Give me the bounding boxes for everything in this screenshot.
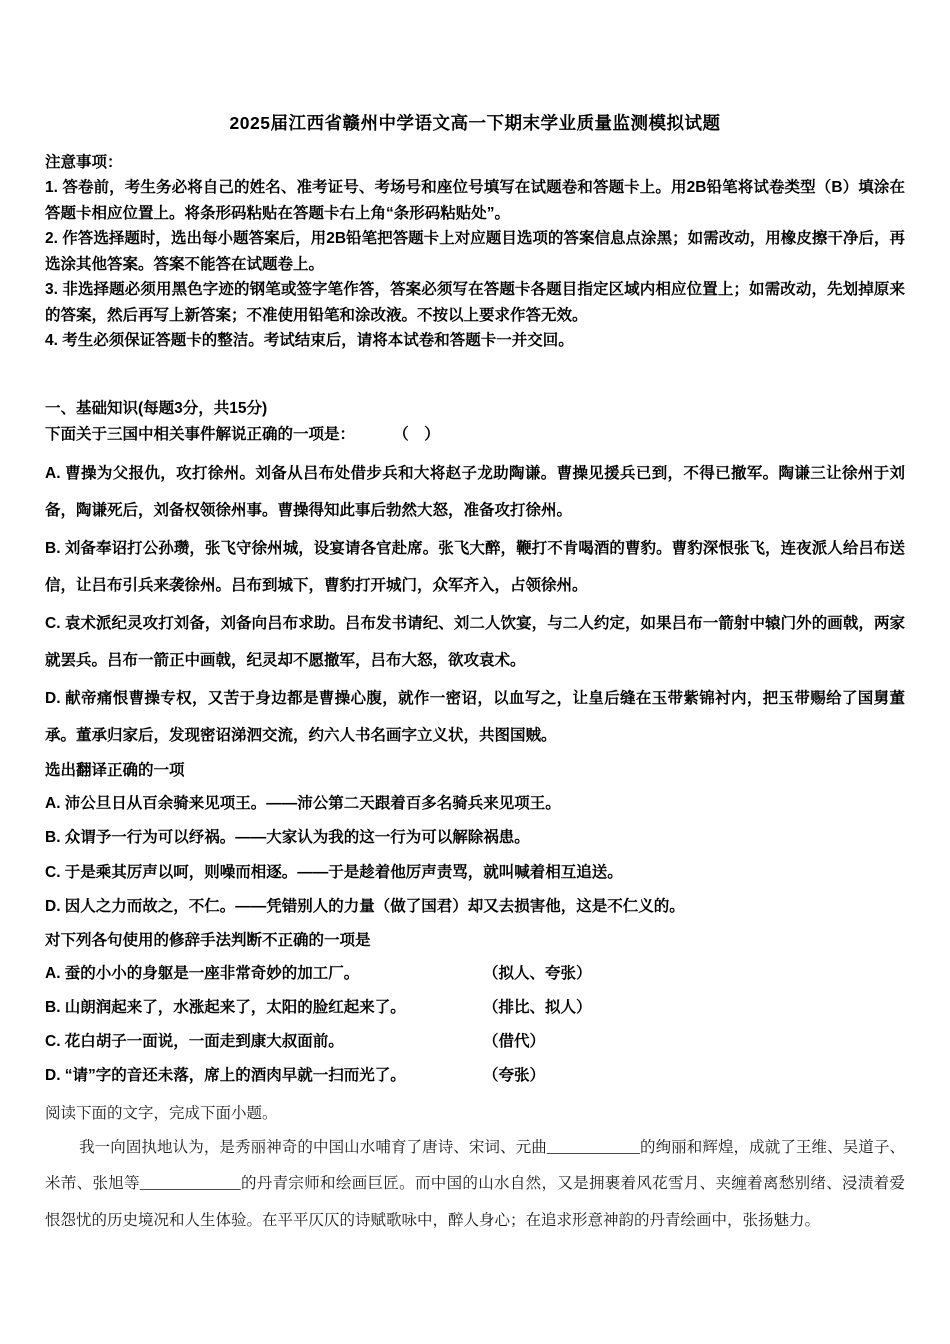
notice-item-1: 1. 答卷前，考生务必将自己的姓名、准考证号、考场号和座位号填写在试题卷和答题卡… [45, 175, 905, 226]
question2-options: A. 沛公旦日从百余骑来见项王。——沛公第二天跟着百多名骑兵来见项王。 B. 众… [45, 787, 905, 925]
question3-option-b-text: B. 山朗润起来了，水涨起来了，太阳的脸红起来了。 [45, 999, 406, 1016]
notice-item-4: 4. 考生必须保证答题卡的整洁。考试结束后，请将本试卷和答题卡一并交回。 [45, 328, 905, 354]
question3-option-b: B. 山朗润起来了，水涨起来了，太阳的脸红起来了。 （排比、拟人） [45, 991, 905, 1025]
reading-instruction: 阅读下面的文字，完成下面小题。 [45, 1097, 905, 1130]
question3-option-d-annotation: （夸张） [483, 1059, 545, 1093]
page-title: 2025届江西省赣州中学语文高一下期末学业质量监测模拟试题 [45, 110, 905, 135]
notice-list: 1. 答卷前，考生务必将自己的姓名、准考证号、考场号和座位号填写在试题卷和答题卡… [45, 175, 905, 354]
question3-option-c-annotation: （借代） [483, 1025, 545, 1059]
question2-heading: 选出翻译正确的一项 [45, 755, 905, 787]
question2-option-c: C. 于是乘其厉声以呵，则噪而相逐。——于是趁着他厉声责骂，就叫喊着相互追送。 [45, 856, 905, 891]
exam-paper-page: 2025届江西省赣州中学语文高一下期末学业质量监测模拟试题 注意事项： 1. 答… [0, 110, 950, 1239]
question1-option-b: B. 刘备奉诏打公孙瓒，张飞守徐州城，设宴请各官赴席。张飞大醉，鞭打不肯喝酒的曹… [45, 530, 905, 605]
section-heading: 一、基础知识(每题3分，共15分) [45, 396, 905, 421]
question1-option-a: A. 曹操为父报仇，攻打徐州。刘备从吕布处借步兵和大将赵子龙助陶谦。曹操见援兵已… [45, 455, 905, 530]
question3-option-d: D. “请”字的音还未落，席上的酒肉早就一扫而光了。 （夸张） [45, 1059, 905, 1093]
question3-option-b-annotation: （排比、拟人） [483, 991, 592, 1025]
question3-option-a-text: A. 蚕的小小的身躯是一座非常奇妙的加工厂。 [45, 965, 359, 982]
answer-bracket: （ ） [401, 426, 440, 443]
notice-heading: 注意事项： [45, 150, 905, 175]
question3-option-a: A. 蚕的小小的身躯是一座非常奇妙的加工厂。 （拟人、夸张） [45, 957, 905, 991]
question1-options: A. 曹操为父报仇，攻打徐州。刘备从吕布处借步兵和大将赵子龙助陶谦。曹操见援兵已… [45, 455, 905, 755]
question3-options: A. 蚕的小小的身躯是一座非常奇妙的加工厂。 （拟人、夸张） B. 山朗润起来了… [45, 957, 905, 1093]
question2-option-a: A. 沛公旦日从百余骑来见项王。——沛公第二天跟着百多名骑兵来见项王。 [45, 787, 905, 822]
question3-heading: 对下列各句使用的修辞手法判断不正确的一项是 [45, 925, 905, 957]
question3-option-c-text: C. 花白胡子一面说，一面走到康大叔面前。 [45, 1033, 344, 1050]
notice-item-2: 2. 作答选择题时，选出每小题答案后，用2B铅笔把答题卡上对应题目选项的答案信息… [45, 226, 905, 277]
question1-stem-text: 下面关于三国中相关事件解说正确的一项是： [45, 426, 355, 443]
question1-option-c: C. 袁术派纪灵攻打刘备，刘备向吕布求助。吕布发书请纪、刘二人饮宴，与二人约定，… [45, 605, 905, 680]
question2-option-d: D. 因人之力而故之，不仁。——凭错别人的力量（做了国君）却又去损害他，这是不仁… [45, 890, 905, 925]
question2-option-b: B. 众谓予一行为可以纾祸。——大家认为我的这一行为可以解除祸患。 [45, 821, 905, 856]
reading-passage: 我一向固执地认为，是秀丽神奇的中国山水哺育了唐诗、宋词、元曲__________… [45, 1130, 905, 1240]
question1-stem: 下面关于三国中相关事件解说正确的一项是：（ ） [45, 422, 905, 447]
question3-option-a-annotation: （拟人、夸张） [483, 957, 592, 991]
question3-option-c: C. 花白胡子一面说，一面走到康大叔面前。 （借代） [45, 1025, 905, 1059]
question3-option-d-text: D. “请”字的音还未落，席上的酒肉早就一扫而光了。 [45, 1067, 406, 1084]
question1-option-d: D. 献帝痛恨曹操专权，又苦于身边都是曹操心腹，就作一密诏，以血写之，让皇后缝在… [45, 680, 905, 755]
notice-item-3: 3. 非选择题必须用黑色字迹的钢笔或签字笔作答，答案必须写在答题卡各题目指定区域… [45, 277, 905, 328]
